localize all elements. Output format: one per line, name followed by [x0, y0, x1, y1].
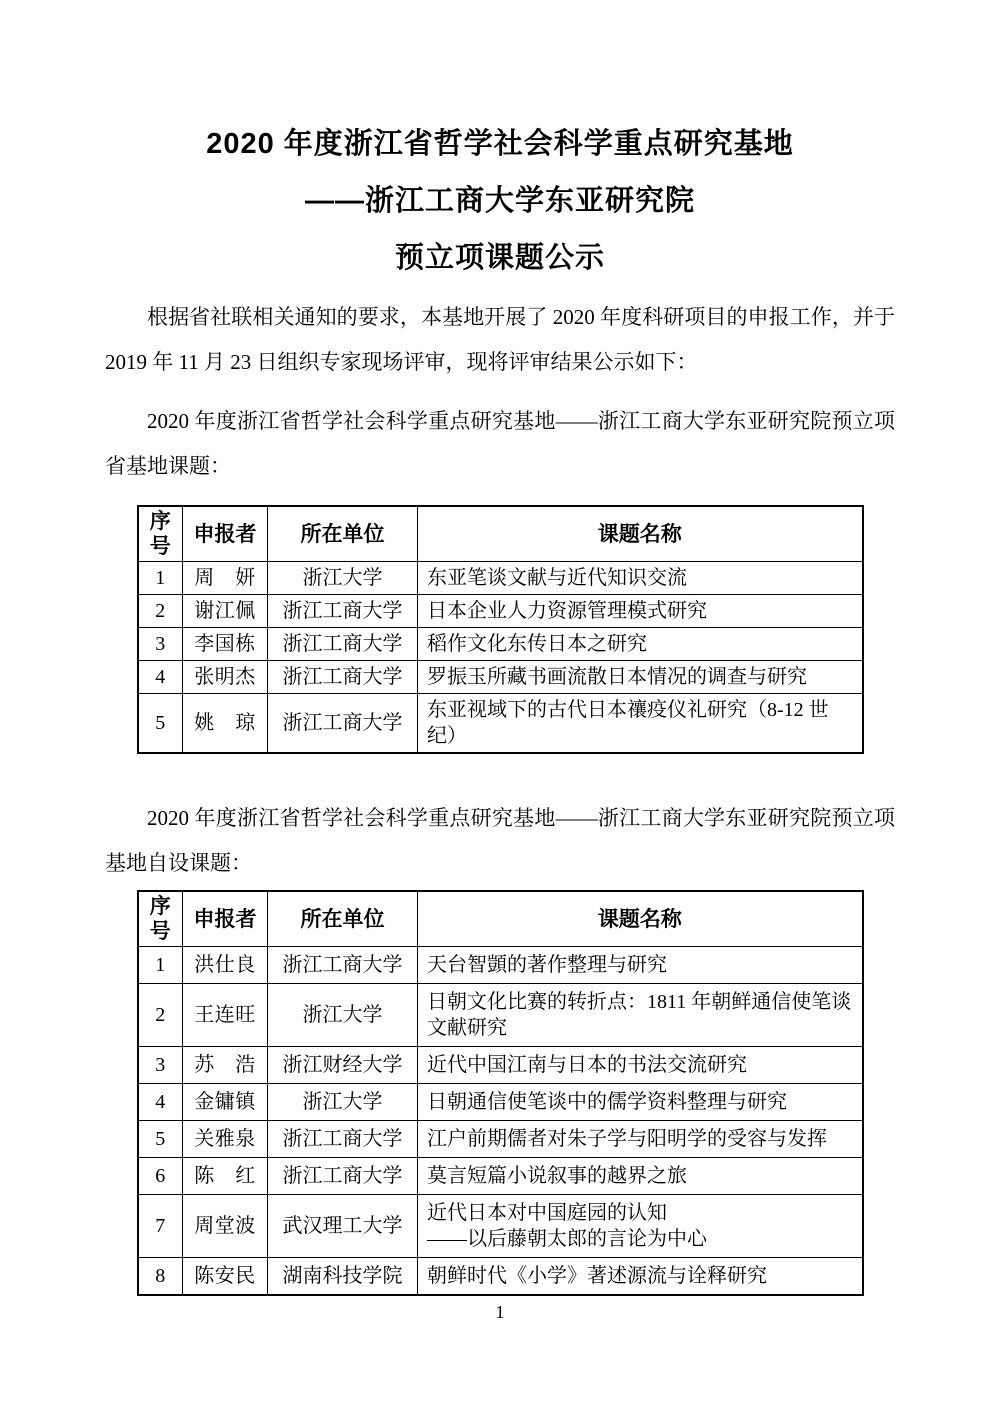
section2-lead-paragraph: 2020 年度浙江省哲学社会科学重点研究基地——浙江工商大学东亚研究院预立项基地… [105, 796, 895, 886]
table-row: 4 张明杰 浙江工商大学 罗振玉所藏书画流散日本情况的调查与研究 [138, 661, 863, 694]
cell-serial-number: 5 [138, 1121, 183, 1158]
document-content: 2020 年度浙江省哲学社会科学重点研究基地 ——浙江工商大学东亚研究院 预立项… [0, 0, 1000, 1296]
cell-applicant: 周 妍 [183, 562, 268, 595]
table-row: 2 王连旺 浙江大学 日朝文化比赛的转折点：1811 年朝鲜通信使笔谈文献研究 [138, 984, 863, 1047]
header-serial-number: 序 号 [138, 891, 183, 947]
table-row: 1 洪仕良 浙江工商大学 天台智顗的著作整理与研究 [138, 947, 863, 984]
title-line-3: 预立项课题公示 [105, 230, 895, 287]
cell-topic: 近代中国江南与日本的书法交流研究 [418, 1047, 863, 1084]
table-header-row: 序 号 申报者 所在单位 课题名称 [138, 891, 863, 947]
cell-applicant: 陈 红 [183, 1158, 268, 1195]
cell-topic: 朝鲜时代《小学》著述源流与诠释研究 [418, 1258, 863, 1296]
provincial-base-projects-table: 序 号 申报者 所在单位 课题名称 1 周 妍 浙江大学 东亚笔谈文献与近代知识… [137, 505, 864, 754]
cell-serial-number: 6 [138, 1158, 183, 1195]
table-row: 1 周 妍 浙江大学 东亚笔谈文献与近代知识交流 [138, 562, 863, 595]
cell-institution: 浙江工商大学 [268, 595, 418, 628]
cell-topic: 江户前期儒者对朱子学与阳明学的受容与发挥 [418, 1121, 863, 1158]
cell-applicant: 陈安民 [183, 1258, 268, 1296]
cell-institution: 浙江大学 [268, 1084, 418, 1121]
header-institution: 所在单位 [268, 891, 418, 947]
cell-applicant: 苏 浩 [183, 1047, 268, 1084]
cell-topic: 日朝通信使笔谈中的儒学资料整理与研究 [418, 1084, 863, 1121]
header-applicant: 申报者 [183, 891, 268, 947]
table-row: 4 金镛镇 浙江大学 日朝通信使笔谈中的儒学资料整理与研究 [138, 1084, 863, 1121]
cell-serial-number: 1 [138, 562, 183, 595]
header-topic: 课题名称 [418, 891, 863, 947]
table-row: 3 苏 浩 浙江财经大学 近代中国江南与日本的书法交流研究 [138, 1047, 863, 1084]
table-row: 3 李国栋 浙江工商大学 稻作文化东传日本之研究 [138, 628, 863, 661]
cell-institution: 浙江工商大学 [268, 1121, 418, 1158]
header-topic: 课题名称 [418, 506, 863, 562]
cell-applicant: 李国栋 [183, 628, 268, 661]
title-line-2: ——浙江工商大学东亚研究院 [105, 173, 895, 230]
cell-serial-number: 3 [138, 628, 183, 661]
cell-institution: 浙江工商大学 [268, 947, 418, 984]
table-row: 5 姚 琼 浙江工商大学 东亚视域下的古代日本禳疫仪礼研究（8-12 世纪） [138, 694, 863, 754]
cell-institution: 浙江工商大学 [268, 661, 418, 694]
cell-applicant: 姚 琼 [183, 694, 268, 754]
header-institution: 所在单位 [268, 506, 418, 562]
cell-applicant: 洪仕良 [183, 947, 268, 984]
table-row: 8 陈安民 湖南科技学院 朝鲜时代《小学》著述源流与诠释研究 [138, 1258, 863, 1296]
document-page: 2020 年度浙江省哲学社会科学重点研究基地 ——浙江工商大学东亚研究院 预立项… [0, 0, 1000, 1414]
cell-topic: 近代日本对中国庭园的认知 ——以后藤朝太郎的言论为中心 [418, 1195, 863, 1258]
cell-serial-number: 3 [138, 1047, 183, 1084]
cell-institution: 湖南科技学院 [268, 1258, 418, 1296]
cell-institution: 浙江财经大学 [268, 1047, 418, 1084]
intro-paragraph: 根据省社联相关通知的要求，本基地开展了 2020 年度科研项目的申报工作，并于 … [105, 295, 895, 385]
cell-serial-number: 4 [138, 661, 183, 694]
cell-institution: 浙江工商大学 [268, 694, 418, 754]
cell-serial-number: 5 [138, 694, 183, 754]
header-applicant: 申报者 [183, 506, 268, 562]
cell-institution: 浙江大学 [268, 984, 418, 1047]
cell-topic: 罗振玉所藏书画流散日本情况的调查与研究 [418, 661, 863, 694]
cell-topic: 日朝文化比赛的转折点：1811 年朝鲜通信使笔谈文献研究 [418, 984, 863, 1047]
cell-topic: 东亚视域下的古代日本禳疫仪礼研究（8-12 世纪） [418, 694, 863, 754]
cell-applicant: 金镛镇 [183, 1084, 268, 1121]
base-self-set-projects-table: 序 号 申报者 所在单位 课题名称 1 洪仕良 浙江工商大学 天台智顗的著作整理… [137, 890, 864, 1296]
cell-applicant: 王连旺 [183, 984, 268, 1047]
cell-topic: 日本企业人力资源管理模式研究 [418, 595, 863, 628]
cell-institution: 武汉理工大学 [268, 1195, 418, 1258]
table-row: 6 陈 红 浙江工商大学 莫言短篇小说叙事的越界之旅 [138, 1158, 863, 1195]
cell-applicant: 周堂波 [183, 1195, 268, 1258]
table-row: 5 关雅泉 浙江工商大学 江户前期儒者对朱子学与阳明学的受容与发挥 [138, 1121, 863, 1158]
section1-lead-paragraph: 2020 年度浙江省哲学社会科学重点研究基地——浙江工商大学东亚研究院预立项省基… [105, 399, 895, 489]
table-row: 2 谢江佩 浙江工商大学 日本企业人力资源管理模式研究 [138, 595, 863, 628]
table-row: 7 周堂波 武汉理工大学 近代日本对中国庭园的认知 ——以后藤朝太郎的言论为中心 [138, 1195, 863, 1258]
cell-institution: 浙江工商大学 [268, 1158, 418, 1195]
cell-topic: 稻作文化东传日本之研究 [418, 628, 863, 661]
cell-serial-number: 2 [138, 984, 183, 1047]
cell-serial-number: 2 [138, 595, 183, 628]
cell-topic: 莫言短篇小说叙事的越界之旅 [418, 1158, 863, 1195]
cell-institution: 浙江工商大学 [268, 628, 418, 661]
title-line-1: 2020 年度浙江省哲学社会科学重点研究基地 [105, 116, 895, 173]
cell-applicant: 关雅泉 [183, 1121, 268, 1158]
header-serial-number: 序 号 [138, 506, 183, 562]
page-number: 1 [0, 1302, 1000, 1323]
table-header-row: 序 号 申报者 所在单位 课题名称 [138, 506, 863, 562]
cell-applicant: 谢江佩 [183, 595, 268, 628]
cell-topic: 东亚笔谈文献与近代知识交流 [418, 562, 863, 595]
cell-serial-number: 4 [138, 1084, 183, 1121]
cell-serial-number: 1 [138, 947, 183, 984]
cell-serial-number: 7 [138, 1195, 183, 1258]
cell-institution: 浙江大学 [268, 562, 418, 595]
cell-applicant: 张明杰 [183, 661, 268, 694]
document-title: 2020 年度浙江省哲学社会科学重点研究基地 ——浙江工商大学东亚研究院 预立项… [105, 116, 895, 287]
cell-topic: 天台智顗的著作整理与研究 [418, 947, 863, 984]
cell-serial-number: 8 [138, 1258, 183, 1296]
